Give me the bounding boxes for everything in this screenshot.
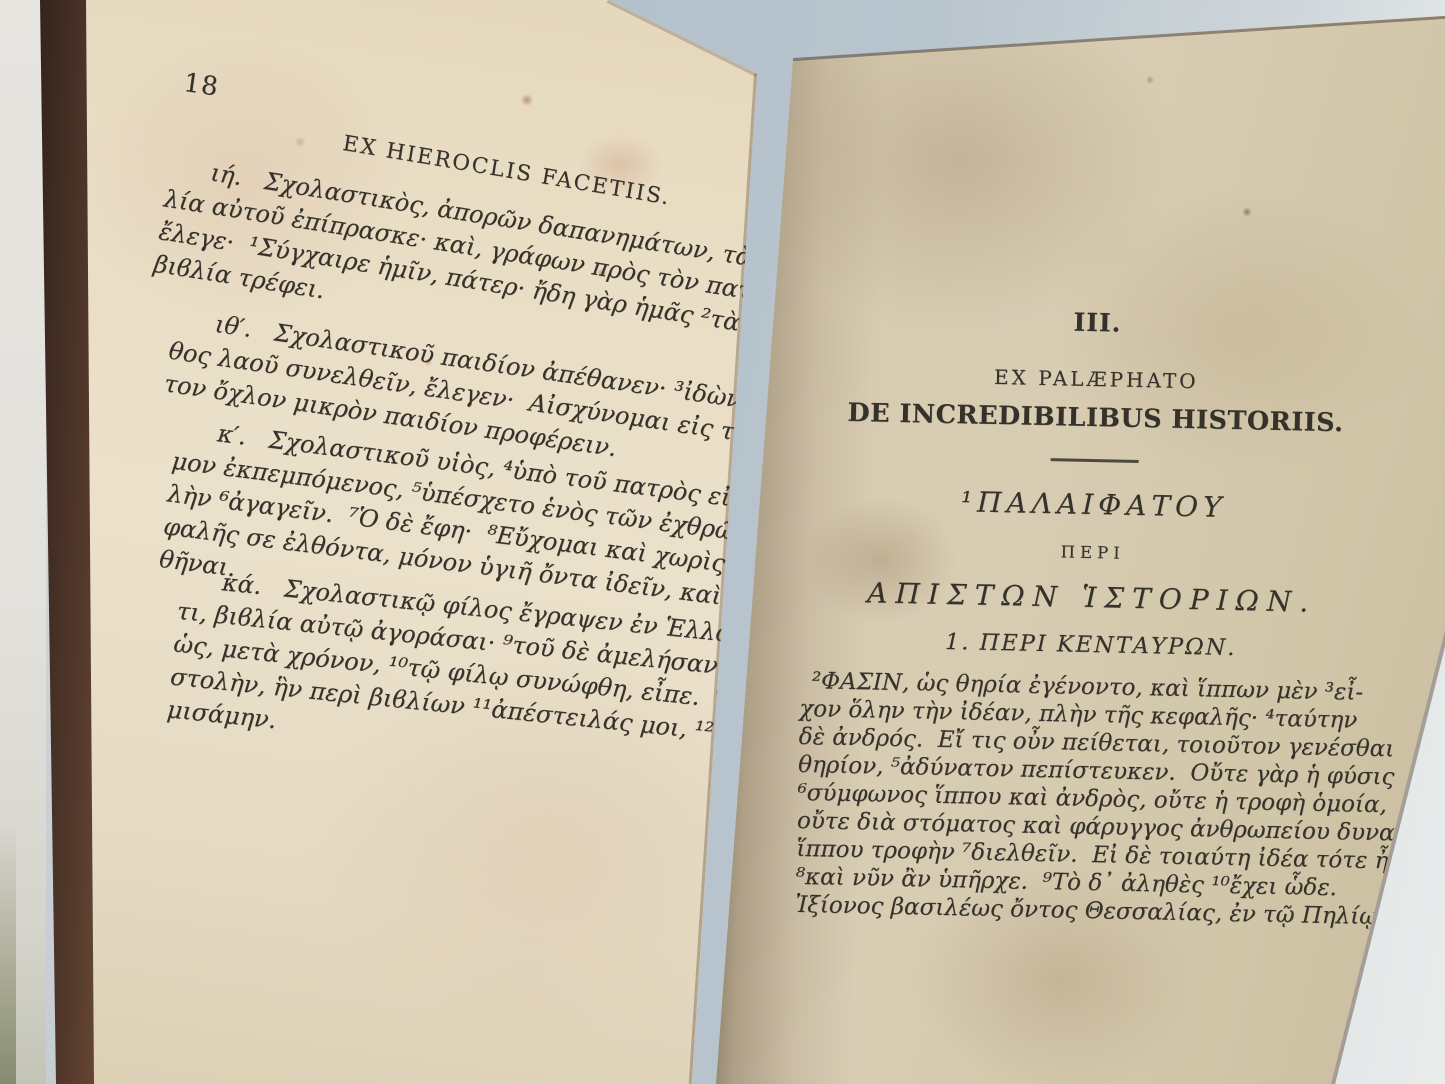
table-surface-shadow <box>0 820 16 1084</box>
author-heading: ¹ΠΑΛΑΙΦΑΤΟΥ <box>803 482 1384 527</box>
divider-rule <box>1051 458 1139 463</box>
book-photo: 18 EX HIEROCLIS FACETIIS. ιή. Σχολαστικὸ… <box>0 0 1445 1084</box>
work-title: ΑΠΙΣΤΩΝ ἹΣΤΟΡΙΩΝ. <box>801 575 1382 620</box>
chapter-title: DE INCREDIBILIBUS HISTORIIS. <box>805 397 1386 439</box>
peri-heading: ΠΕΡΙ <box>803 537 1383 568</box>
chapter-number: III. <box>807 296 1388 343</box>
section-heading: 1. ΠΕΡΙ ΚΕΝΤΑΥΡΩΝ. <box>801 626 1381 664</box>
greek-body-text: ²ΦΑΣΙΝ, ὡς θηρία ἐγένοντο, καὶ ἵππων μὲν… <box>795 667 1380 931</box>
right-page-text-block: III. EX PALÆPHATO DE INCREDIBILIBUS HIST… <box>794 296 1387 954</box>
chapter-source: EX PALÆPHATO <box>806 361 1386 397</box>
page-number: 18 <box>182 68 221 103</box>
